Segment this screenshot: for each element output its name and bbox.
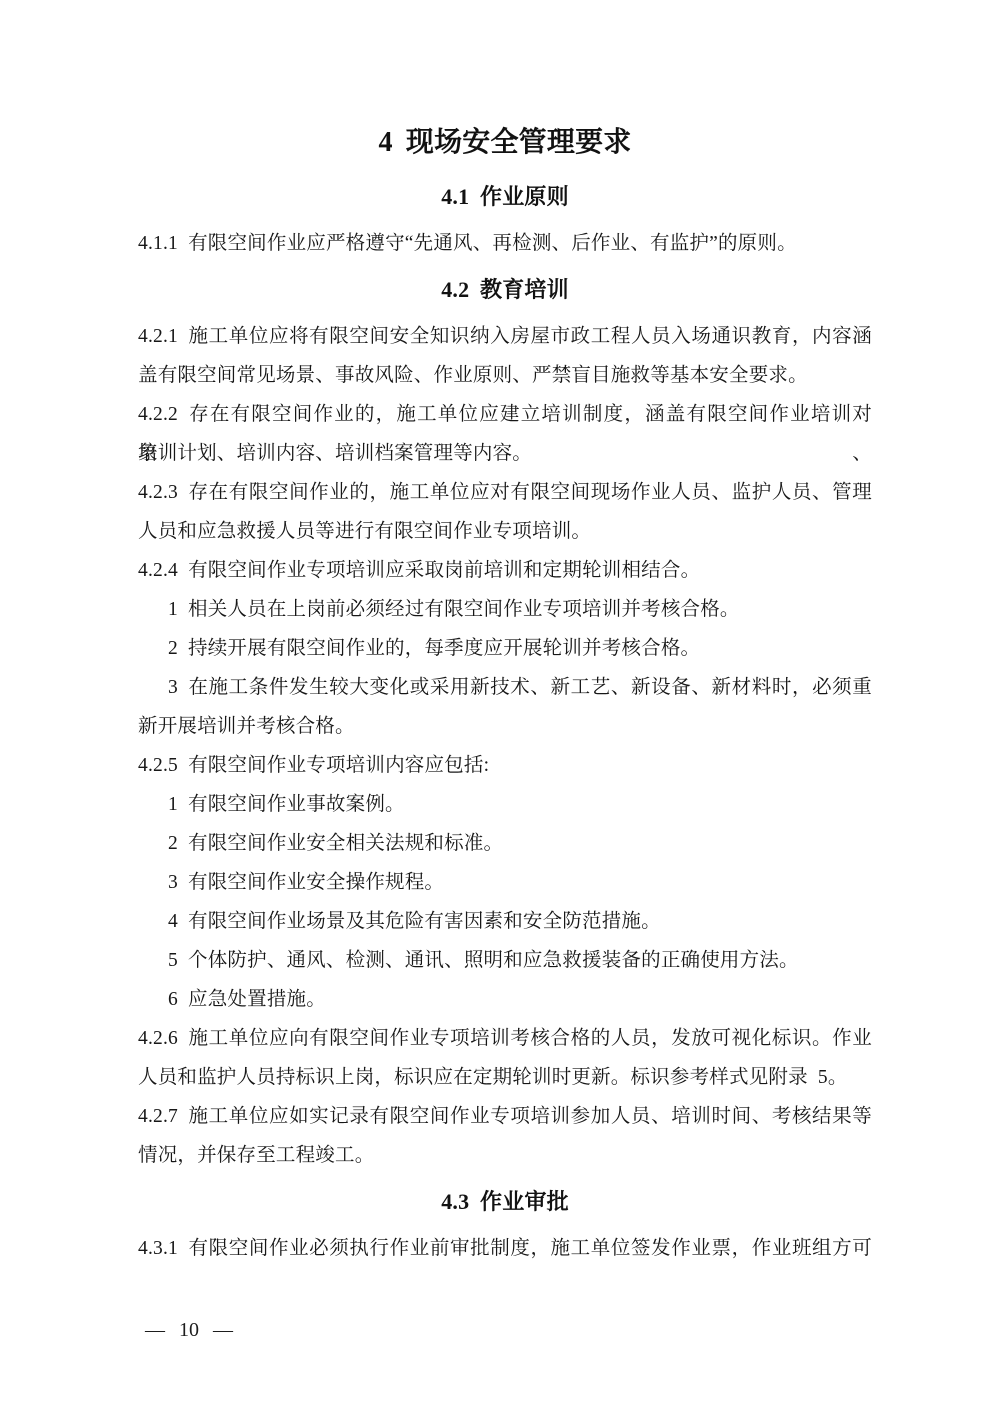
paragraph-line: 盖有限空间常见场景、事故风险、作业原则、严禁盲目施救等基本安全要求。 (138, 356, 872, 395)
paragraph-line: 人员和监护人员持标识上岗，标识应在定期轮训时更新。标识参考样式见附录 5。 (138, 1058, 872, 1097)
paragraph-line: 1 相关人员在上岗前必须经过有限空间作业专项培训并考核合格。 (138, 590, 872, 629)
paragraph-line: 3 在施工条件发生较大变化或采用新技术、新工艺、新设备、新材料时，必须重 (138, 668, 872, 707)
paragraph-line: 5 个体防护、通风、检测、通讯、照明和应急救援装备的正确使用方法。 (138, 941, 872, 980)
paragraph-line: 2 有限空间作业安全相关法规和标准。 (138, 824, 872, 863)
paragraph-line: 2 持续开展有限空间作业的，每季度应开展轮训并考核合格。 (138, 629, 872, 668)
paragraph-line: 4.2.1 施工单位应将有限空间安全知识纳入房屋市政工程人员入场通识教育，内容涵 (138, 317, 872, 356)
paragraph-line: 1 有限空间作业事故案例。 (138, 785, 872, 824)
paragraph-line: 4 有限空间作业场景及其危险有害因素和安全防范措施。 (138, 902, 872, 941)
paragraph-line: 培训计划、培训内容、培训档案管理等内容。 (138, 434, 872, 473)
document-content: 4 现场安全管理要求4.1 作业原则4.1.1 有限空间作业应严格遵守“先通风、… (138, 123, 872, 1268)
document-page: 4 现场安全管理要求4.1 作业原则4.1.1 有限空间作业应严格遵守“先通风、… (0, 0, 1000, 1414)
section-heading: 4.3 作业审批 (138, 1182, 872, 1221)
paragraph-line: 4.2.7 施工单位应如实记录有限空间作业专项培训参加人员、培训时间、考核结果等 (138, 1097, 872, 1136)
paragraph-line: 人员和应急救援人员等进行有限空间作业专项培训。 (138, 512, 872, 551)
paragraph-line: 4.1.1 有限空间作业应严格遵守“先通风、再检测、后作业、有监护”的原则。 (138, 224, 872, 263)
chapter-title: 4 现场安全管理要求 (138, 123, 872, 163)
section-heading: 4.1 作业原则 (138, 177, 872, 216)
page-number: — 10 — (145, 1311, 233, 1350)
paragraph-line: 4.2.5 有限空间作业专项培训内容应包括: (138, 746, 872, 785)
paragraph-line: 4.2.6 施工单位应向有限空间作业专项培训考核合格的人员，发放可视化标识。作业 (138, 1019, 872, 1058)
paragraph-line: 6 应急处置措施。 (138, 980, 872, 1019)
paragraph-line: 新开展培训并考核合格。 (138, 707, 872, 746)
paragraph-line: 3 有限空间作业安全操作规程。 (138, 863, 872, 902)
paragraph-line: 4.2.2 存在有限空间作业的，施工单位应建立培训制度，涵盖有限空间作业培训对象… (138, 395, 872, 434)
paragraph-line: 4.3.1 有限空间作业必须执行作业前审批制度，施工单位签发作业票，作业班组方可 (138, 1229, 872, 1268)
paragraph-line: 情况，并保存至工程竣工。 (138, 1136, 872, 1175)
section-heading: 4.2 教育培训 (138, 270, 872, 309)
paragraph-line: 4.2.3 存在有限空间作业的，施工单位应对有限空间现场作业人员、监护人员、管理 (138, 473, 872, 512)
paragraph-line: 4.2.4 有限空间作业专项培训应采取岗前培训和定期轮训相结合。 (138, 551, 872, 590)
